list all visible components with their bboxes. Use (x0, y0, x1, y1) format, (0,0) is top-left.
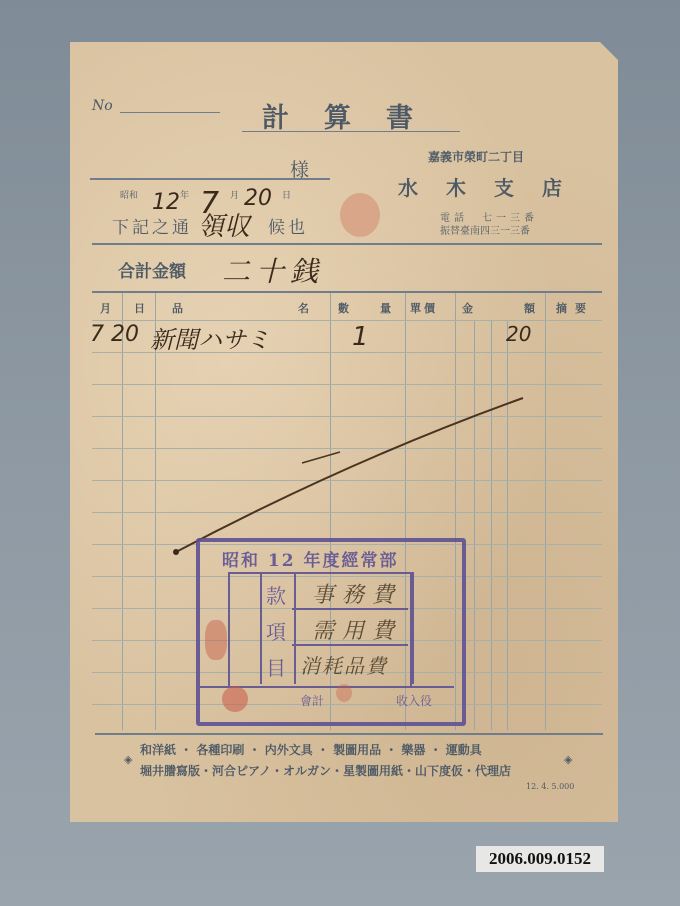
stamp-right-col (412, 572, 456, 684)
stamp-value-kan: 事務費 (312, 578, 402, 609)
footer-line-2: 堀井謄寫版・河合ピアノ・オルガン・星製圖用紙・山下度仮・代理店 (140, 762, 511, 779)
footer-line-1: 和洋紙 ・ 各種印刷 ・ 内外文具 ・ 製圖用品 ・ 樂器 ・ 運動具 (140, 741, 482, 758)
stamp-label-kou: 項 (266, 616, 286, 645)
red-seal-bottom (222, 686, 248, 712)
stamp-label-moku: 目 (266, 652, 286, 681)
stamp-header: 昭和 12 年度經常部 (222, 546, 399, 571)
stamp-label-kan: 款 (266, 580, 286, 609)
print-code: 12. 4. 5.000 (526, 782, 574, 791)
red-seal-center (336, 684, 352, 702)
red-seal-left (205, 620, 227, 660)
stamp-footer-right: 收入役 (396, 692, 432, 709)
stamp-value-moku: 消耗品費 (300, 650, 388, 679)
footer-divider (95, 733, 603, 735)
stamp-value-kou: 需用費 (312, 614, 402, 645)
archive-label: 2006.009.0152 (476, 846, 604, 872)
stamp-footer-left: 會計 (300, 692, 324, 709)
footer-diamond-right: ◈ (564, 753, 572, 766)
footer-diamond-left: ◈ (124, 753, 132, 766)
